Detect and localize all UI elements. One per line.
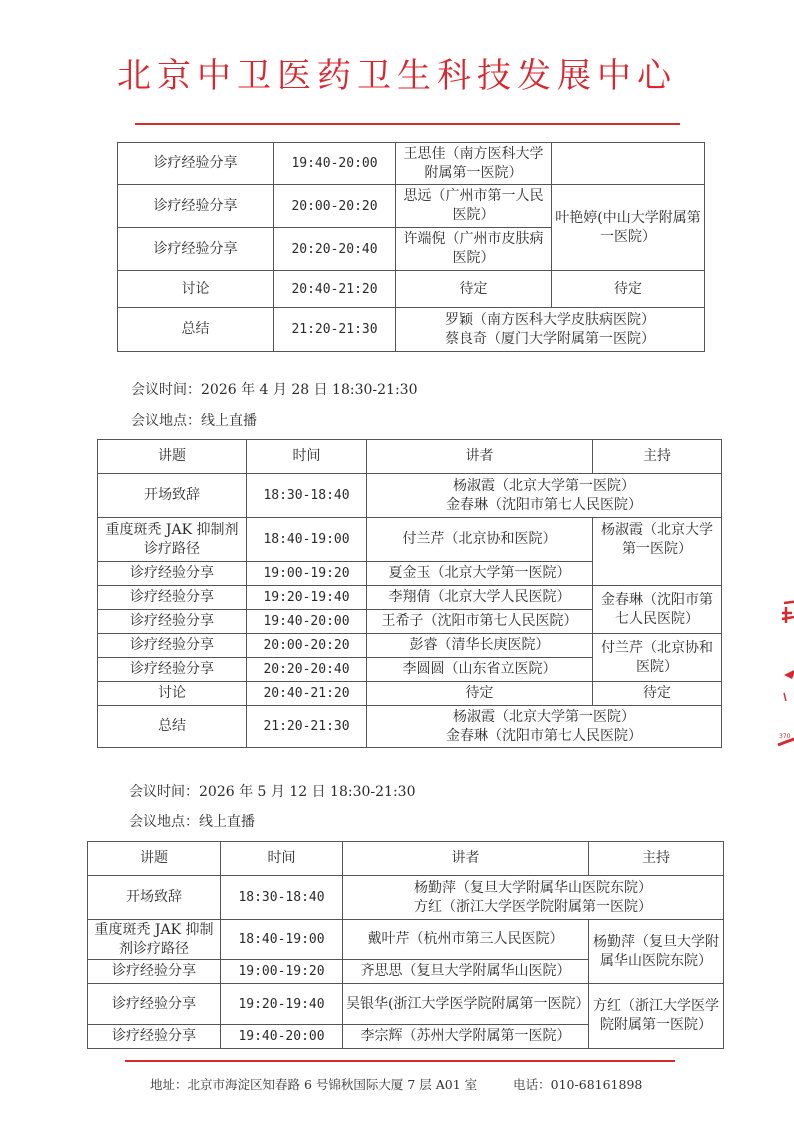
topic-cell: 诊疗经验分享: [88, 1025, 221, 1049]
speaker-line: 金春琳（沈阳市第七人民医院）: [370, 727, 718, 746]
time-cell: 18:40-19:00: [247, 518, 367, 562]
speaker-cell: 许端倪（广州市皮肤病医院）: [396, 228, 552, 271]
header-speaker: 讲者: [343, 842, 589, 876]
topic-cell: 诊疗经验分享: [118, 228, 274, 271]
topic-cell: 重度斑秃 JAK 抑制剂诊疗路径: [98, 518, 247, 562]
speaker-cell: 罗颖（南方医科大学皮肤病医院） 蔡良奇（厦门大学附属第一医院）: [396, 308, 705, 352]
speaker-line: 方红（浙江大学医学院附属第一医院）: [346, 898, 720, 917]
speaker-cell: 杨淑霞（北京大学第一医院） 金春琳（沈阳市第七人民医院）: [367, 706, 722, 748]
speaker-cell: 吴银华(浙江大学医学院附属第一医院）: [343, 984, 589, 1025]
topic-cell: 诊疗经验分享: [98, 634, 247, 658]
time-cell: 19:00-19:20: [221, 960, 343, 984]
footer-address: 地址：北京市海淀区知春路 6 号锦秋国际大厦 7 层 A01 室: [150, 1075, 477, 1093]
topic-cell: 总结: [98, 706, 247, 748]
header-host: 主持: [593, 440, 722, 474]
header-speaker: 讲者: [367, 440, 593, 474]
topic-cell: 诊疗经验分享: [88, 984, 221, 1025]
speaker-line: 金春琳（沈阳市第七人民医院）: [370, 496, 718, 515]
speaker-cell: 李宗辉（苏州大学附属第一医院）: [343, 1025, 589, 1049]
host-cell: 付兰芹（北京协和医院）: [593, 634, 722, 682]
speaker-cell: 付兰芹（北京协和医院）: [367, 518, 593, 562]
header-topic: 讲题: [88, 842, 221, 876]
meeting-location: 会议地点：线上直播: [131, 410, 257, 430]
time-cell: 21:20-21:30: [274, 308, 396, 352]
footer-divider: [125, 1060, 675, 1062]
speaker-cell: 杨勤萍（复旦大学附属华山医院东院） 方红（浙江大学医学院附属第一医院）: [343, 876, 724, 920]
svg-text:370: 370: [779, 733, 791, 740]
header-time: 时间: [221, 842, 343, 876]
time-cell: 18:30-18:40: [247, 474, 367, 518]
speaker-line: 杨淑霞（北京大学第一医院）: [370, 477, 718, 496]
table-row: 开场致辞 18:30-18:40 杨勤萍（复旦大学附属华山医院东院） 方红（浙江…: [88, 876, 724, 920]
time-cell: 20:00-20:20: [247, 634, 367, 658]
table-row: 诊疗经验分享 19:20-19:40 吴银华(浙江大学医学院附属第一医院） 方红…: [88, 984, 724, 1025]
topic-cell: 讨论: [118, 271, 274, 308]
speaker-cell: 待定: [396, 271, 552, 308]
time-cell: 20:40-21:20: [274, 271, 396, 308]
topic-cell: 重度斑秃 JAK 抑制剂诊疗路径: [88, 920, 221, 960]
speaker-cell: 夏金玉（北京大学第一医院）: [367, 562, 593, 586]
host-cell: 待定: [593, 682, 722, 706]
speaker-cell: 王希子（沈阳市第七人民医院）: [367, 610, 593, 634]
time-cell: 18:40-19:00: [221, 920, 343, 960]
meeting-time: 会议时间：2026 年 5 月 12 日 18:30-21:30: [129, 781, 415, 801]
meeting-time: 会议时间：2026 年 4 月 28 日 18:30-21:30: [131, 379, 417, 399]
table-row: 重度斑秃 JAK 抑制剂诊疗路径 18:40-19:00 付兰芹（北京协和医院）…: [98, 518, 722, 562]
header-topic: 讲题: [98, 440, 247, 474]
meeting-location: 会议地点：线上直播: [129, 811, 255, 831]
time-cell: 19:40-20:00: [247, 610, 367, 634]
time-cell: 20:00-20:20: [274, 185, 396, 228]
schedule-table-1: 诊疗经验分享 19:40-20:00 王思佳（南方医科大学附属第一医院） 诊疗经…: [117, 142, 705, 352]
host-cell: [552, 143, 705, 185]
speaker-cell: 彭睿（清华长庚医院）: [367, 634, 593, 658]
time-cell: 19:00-19:20: [247, 562, 367, 586]
table-row: 总结 21:20-21:30 杨淑霞（北京大学第一医院） 金春琳（沈阳市第七人民…: [98, 706, 722, 748]
speaker-cell: 杨淑霞（北京大学第一医院） 金春琳（沈阳市第七人民医院）: [367, 474, 722, 518]
host-cell: 杨勤萍（复旦大学附属华山医院东院）: [589, 920, 724, 984]
header-host: 主持: [589, 842, 724, 876]
time-cell: 19:40-20:00: [221, 1025, 343, 1049]
speaker-cell: 李圆圆（山东省立医院）: [367, 658, 593, 682]
speaker-line: 杨勤萍（复旦大学附属华山医院东院）: [346, 879, 720, 898]
topic-cell: 诊疗经验分享: [98, 562, 247, 586]
topic-cell: 诊疗经验分享: [98, 658, 247, 682]
topic-cell: 开场致辞: [98, 474, 247, 518]
topic-cell: 诊疗经验分享: [88, 960, 221, 984]
speaker-cell: 待定: [367, 682, 593, 706]
speaker-cell: 思远（广州市第一人民医院）: [396, 185, 552, 228]
schedule-table-3: 讲题 时间 讲者 主持 开场致辞 18:30-18:40 杨勤萍（复旦大学附属华…: [87, 841, 724, 1049]
footer-phone: 电话：010-68161898: [513, 1075, 642, 1093]
table-header-row: 讲题 时间 讲者 主持: [88, 842, 724, 876]
topic-cell: 开场致辞: [88, 876, 221, 920]
time-cell: 18:30-18:40: [221, 876, 343, 920]
time-cell: 19:20-19:40: [247, 586, 367, 610]
table-header-row: 讲题 时间 讲者 主持: [98, 440, 722, 474]
header-divider: [135, 123, 680, 125]
table-row: 讨论 20:40-21:20 待定 待定: [118, 271, 705, 308]
topic-cell: 诊疗经验分享: [98, 610, 247, 634]
speaker-line: 蔡良奇（厦门大学附属第一医院）: [399, 330, 701, 349]
table-row: 讨论 20:40-21:20 待定 待定: [98, 682, 722, 706]
table-row: 总结 21:20-21:30 罗颖（南方医科大学皮肤病医院） 蔡良奇（厦门大学附…: [118, 308, 705, 352]
time-cell: 19:40-20:00: [274, 143, 396, 185]
topic-cell: 总结: [118, 308, 274, 352]
speaker-line: 杨淑霞（北京大学第一医院）: [370, 708, 718, 727]
speaker-cell: 王思佳（南方医科大学附属第一医院）: [396, 143, 552, 185]
time-cell: 19:20-19:40: [221, 984, 343, 1025]
official-seal-stamp-icon: 370: [770, 595, 794, 765]
time-cell: 20:20-20:40: [274, 228, 396, 271]
host-cell: 金春琳（沈阳市第七人民医院）: [593, 586, 722, 634]
host-cell: 待定: [552, 271, 705, 308]
speaker-cell: 李翔倩（北京大学人民医院）: [367, 586, 593, 610]
table-row: 开场致辞 18:30-18:40 杨淑霞（北京大学第一医院） 金春琳（沈阳市第七…: [98, 474, 722, 518]
time-cell: 20:20-20:40: [247, 658, 367, 682]
schedule-table-2: 讲题 时间 讲者 主持 开场致辞 18:30-18:40 杨淑霞（北京大学第一医…: [97, 439, 722, 748]
topic-cell: 诊疗经验分享: [118, 185, 274, 228]
speaker-cell: 戴叶芹（杭州市第三人民医院）: [343, 920, 589, 960]
topic-cell: 诊疗经验分享: [98, 586, 247, 610]
time-cell: 21:20-21:30: [247, 706, 367, 748]
table-row: 重度斑秃 JAK 抑制剂诊疗路径 18:40-19:00 戴叶芹（杭州市第三人民…: [88, 920, 724, 960]
table-row: 诊疗经验分享 19:20-19:40 李翔倩（北京大学人民医院） 金春琳（沈阳市…: [98, 586, 722, 610]
table-row: 诊疗经验分享 20:00-20:20 思远（广州市第一人民医院） 叶艳婷(中山大…: [118, 185, 705, 228]
time-cell: 20:40-21:20: [247, 682, 367, 706]
header-time: 时间: [247, 440, 367, 474]
table-row: 诊疗经验分享 20:00-20:20 彭睿（清华长庚医院） 付兰芹（北京协和医院…: [98, 634, 722, 658]
host-cell: 杨淑霞（北京大学第一医院）: [593, 518, 722, 586]
table-row: 诊疗经验分享 19:40-20:00 王思佳（南方医科大学附属第一医院）: [118, 143, 705, 185]
footer-contact: 地址：北京市海淀区知春路 6 号锦秋国际大厦 7 层 A01 室 电话：010-…: [150, 1075, 642, 1093]
topic-cell: 讨论: [98, 682, 247, 706]
topic-cell: 诊疗经验分享: [118, 143, 274, 185]
org-letterhead-title: 北京中卫医药卫生科技发展中心: [0, 48, 794, 97]
host-cell: 方红（浙江大学医学院附属第一医院）: [589, 984, 724, 1049]
speaker-cell: 齐思思（复旦大学附属华山医院）: [343, 960, 589, 984]
host-cell: 叶艳婷(中山大学附属第一医院）: [552, 185, 705, 271]
speaker-line: 罗颖（南方医科大学皮肤病医院）: [399, 311, 701, 330]
